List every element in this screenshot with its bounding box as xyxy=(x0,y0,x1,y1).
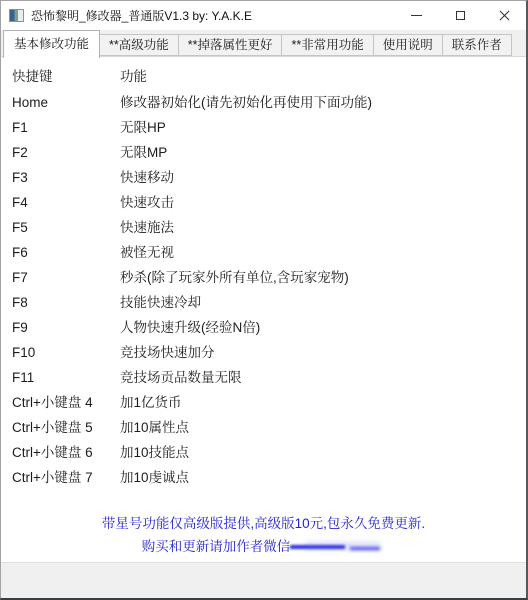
hotkey-cell: F2 xyxy=(1,140,120,165)
maximize-icon xyxy=(456,11,465,20)
hotkey-cell: F10 xyxy=(1,340,120,365)
table-row: F1 无限HP xyxy=(1,115,526,140)
hotkey-cell: Ctrl+小键盘 7 xyxy=(1,465,120,490)
hotkey-cell: F9 xyxy=(1,315,120,340)
hotkey-table: Home 修改器初始化(请先初始化再使用下面功能) F1 无限HP F2 无限M… xyxy=(1,90,526,490)
minimize-icon xyxy=(411,15,422,16)
function-cell: 加10虔诚点 xyxy=(120,465,526,490)
title-bar: 恐怖黎明_修改器_普通版V1.3 by: Y.A.K.E xyxy=(1,1,526,30)
hotkey-cell: F5 xyxy=(1,215,120,240)
function-cell: 被怪无视 xyxy=(120,240,526,265)
tab-uncommon-functions[interactable]: **非常用功能 xyxy=(281,34,373,56)
function-cell: 加1亿货币 xyxy=(120,390,526,415)
status-bar xyxy=(1,562,526,598)
promo-line-2: 购买和更新请加作者微信 xyxy=(1,535,526,555)
window-controls xyxy=(394,1,526,30)
function-cell: 快速移动 xyxy=(120,165,526,190)
hotkey-cell: Ctrl+小键盘 6 xyxy=(1,440,120,465)
table-header: 快捷键 功能 xyxy=(1,63,526,90)
table-row: F3 快速移动 xyxy=(1,165,526,190)
table-row: Ctrl+小键盘 4 加1亿货币 xyxy=(1,390,526,415)
close-button[interactable] xyxy=(482,1,526,30)
function-cell: 竞技场贡品数量无限 xyxy=(120,365,526,390)
function-cell: 加10技能点 xyxy=(120,440,526,465)
tab-contact-author[interactable]: 联系作者 xyxy=(442,34,512,56)
close-icon xyxy=(499,10,510,21)
hotkey-cell: Home xyxy=(1,90,120,115)
window-title: 恐怖黎明_修改器_普通版V1.3 by: Y.A.K.E xyxy=(31,7,252,24)
table-row: F7 秒杀(除了玩家外所有单位,含玩家宠物) xyxy=(1,265,526,290)
app-icon xyxy=(9,9,24,22)
table-row: F10 竞技场快速加分 xyxy=(1,340,526,365)
hotkey-cell: F1 xyxy=(1,115,120,140)
table-row: Ctrl+小键盘 7 加10虔诚点 xyxy=(1,465,526,490)
hotkey-cell: Ctrl+小键盘 4 xyxy=(1,390,120,415)
table-row: F5 快速施法 xyxy=(1,215,526,240)
hotkey-cell: F6 xyxy=(1,240,120,265)
table-row: F6 被怪无视 xyxy=(1,240,526,265)
hotkey-column-header: 快捷键 xyxy=(1,63,120,90)
promo-line-1: 带星号功能仅高级版提供,高级版10元,包永久免费更新. xyxy=(1,512,526,532)
function-cell: 秒杀(除了玩家外所有单位,含玩家宠物) xyxy=(120,265,526,290)
hotkey-cell: Ctrl+小键盘 5 xyxy=(1,415,120,440)
function-cell: 无限HP xyxy=(120,115,526,140)
function-cell: 快速攻击 xyxy=(120,190,526,215)
table-row: F11 竞技场贡品数量无限 xyxy=(1,365,526,390)
function-cell: 人物快速升级(经验N倍) xyxy=(120,315,526,340)
minimize-button[interactable] xyxy=(394,1,438,30)
app-window: 恐怖黎明_修改器_普通版V1.3 by: Y.A.K.E 基本修改功能**高级功… xyxy=(0,0,528,600)
table-row: Home 修改器初始化(请先初始化再使用下面功能) xyxy=(1,90,526,115)
table-row: F4 快速攻击 xyxy=(1,190,526,215)
tab-usage-instructions[interactable]: 使用说明 xyxy=(373,34,443,56)
tab-page-basic-functions: 快捷键 功能 Home 修改器初始化(请先初始化再使用下面功能) F1 无限HP… xyxy=(1,57,526,562)
tab-bar: 基本修改功能**高级功能**掉落属性更好**非常用功能使用说明联系作者 xyxy=(1,30,526,57)
tab-drop-attributes[interactable]: **掉落属性更好 xyxy=(178,34,283,56)
hotkey-cell: F7 xyxy=(1,265,120,290)
tab-basic-functions[interactable]: 基本修改功能 xyxy=(3,30,100,58)
promo-line-2-text: 购买和更新请加作者微信 xyxy=(142,535,291,555)
table-row: F9 人物快速升级(经验N倍) xyxy=(1,315,526,340)
hotkey-cell: F11 xyxy=(1,365,120,390)
tab-advanced-functions[interactable]: **高级功能 xyxy=(99,34,179,56)
maximize-button[interactable] xyxy=(438,1,482,30)
table-row: Ctrl+小键盘 6 加10技能点 xyxy=(1,440,526,465)
function-cell: 竞技场快速加分 xyxy=(120,340,526,365)
table-row: F8 技能快速冷却 xyxy=(1,290,526,315)
function-cell: 加10属性点 xyxy=(120,415,526,440)
function-cell: 快速施法 xyxy=(120,215,526,240)
function-column-header: 功能 xyxy=(120,63,526,90)
redacted-wechat-id xyxy=(290,538,385,552)
function-cell: 技能快速冷却 xyxy=(120,290,526,315)
hotkey-cell: F3 xyxy=(1,165,120,190)
function-cell: 无限MP xyxy=(120,140,526,165)
table-row: F2 无限MP xyxy=(1,140,526,165)
hotkey-cell: F8 xyxy=(1,290,120,315)
function-cell: 修改器初始化(请先初始化再使用下面功能) xyxy=(120,90,526,115)
hotkey-cell: F4 xyxy=(1,190,120,215)
table-row: Ctrl+小键盘 5 加10属性点 xyxy=(1,415,526,440)
